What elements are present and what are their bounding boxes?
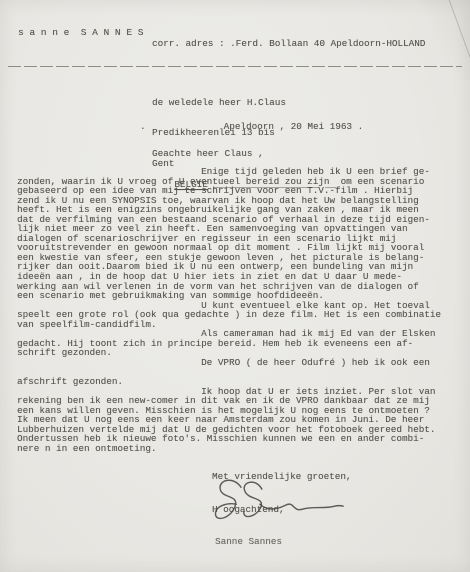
paper-corner-fold <box>448 0 470 58</box>
typed-signature-name: Sanne Sannes <box>215 537 282 547</box>
letter-page: s a n n e S A N N E S corr. adres : .Fer… <box>0 0 470 572</box>
sender-name: s a n n e S A N N E S <box>18 28 143 38</box>
date-line: . Apeldoorn , 20 Mei 1963 . <box>140 122 363 132</box>
recipient-name: de weledele heer H.Claus <box>152 98 336 108</box>
salutation: Geachte heer Claus , <box>152 149 264 159</box>
divider-line <box>8 66 462 67</box>
handwritten-signature <box>205 474 347 526</box>
correspondence-address: corr. adres : .Ferd. Bollaan 40 Apeldoor… <box>152 39 425 49</box>
letter-body: Enige tijd geleden heb ik U een brief ge… <box>17 167 463 453</box>
